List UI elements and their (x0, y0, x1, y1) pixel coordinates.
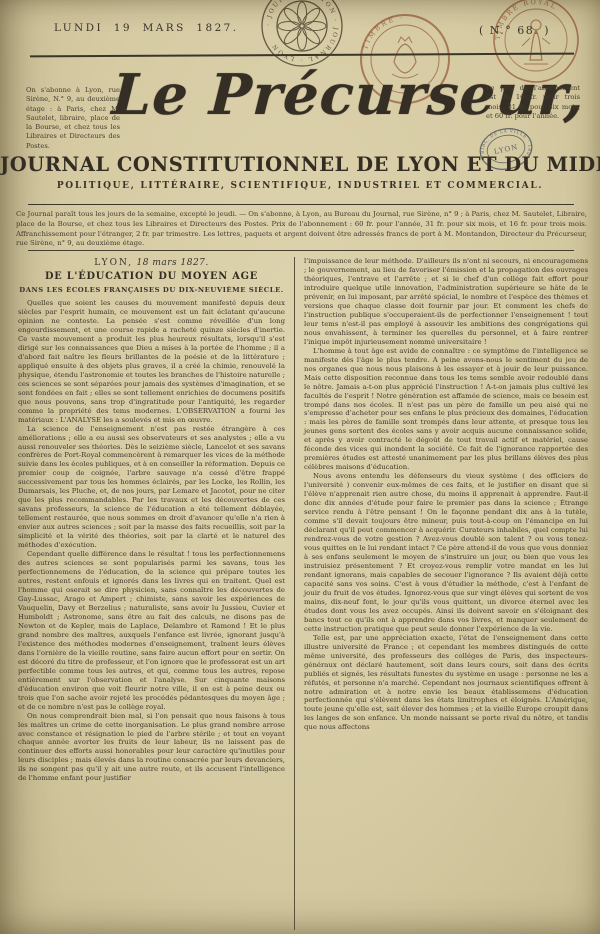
masthead-title: Le Précurseur, (110, 62, 489, 128)
article-paragraph: La science de l'enseignement n'est pas r… (18, 425, 285, 551)
article-paragraph: l'impuissance de leur méthode. D'ailleur… (304, 257, 588, 347)
article-paragraph: On nous comprendrait bien mal, si l'on p… (18, 712, 285, 784)
dateline-date: 18 mars 1827. (137, 258, 209, 268)
journal-title: JOURNAL CONSTITUTIONNEL DE LYON ET DU MI… (0, 153, 600, 176)
masthead: On s'abonne à Lyon, rue Sirène, N.° 9, a… (0, 64, 600, 156)
article-heading: DE L'ÉDUCATION DU MOYEN AGE (18, 271, 285, 282)
article-paragraph: Quelles que soient les causes du mouveme… (18, 299, 285, 425)
column-right: l'impuissance de leur méthode. D'ailleur… (294, 257, 588, 930)
issue-date: LUNDI 19 MARS 1827. (54, 22, 238, 34)
dateline-place: LYON, (94, 258, 133, 268)
price-note: Le prix de l'abonnement est de 16 fr. po… (486, 84, 580, 121)
article-columns: LYON, 18 mars 1827. DE L'ÉDUCATION DU MO… (18, 257, 588, 930)
top-rule (30, 53, 574, 58)
article-paragraph: Nous avons entendu les défenseurs du vie… (304, 472, 588, 633)
divider-rule (28, 204, 574, 205)
journal-subtitle: POLITIQUE, LITTÉRAIRE, SCIENTIFIQUE, IND… (0, 181, 600, 191)
article-subheading: DANS LES ÉCOLES FRANÇAISES DU DIX-NEUVIÈ… (18, 286, 285, 294)
article-paragraph: Cependant quelle différence dans le résu… (18, 550, 285, 711)
header-row: LUNDI 19 MARS 1827. ( N.° 68. ) (0, 22, 600, 38)
newspaper-page: · JOURNAL · LYON · JOURNAL · LYON · TIMB… (0, 0, 600, 934)
publication-fine-print: Ce Journal paraît tous les jours de la s… (16, 210, 587, 249)
article-paragraph: Telle est, par une appréciation exacte, … (304, 634, 588, 733)
issue-number: ( N.° 68. ) (479, 24, 550, 37)
article-paragraph: L'homme à tout âge est avide de connaîtr… (304, 347, 588, 473)
article-dateline: LYON, 18 mars 1827. (18, 258, 285, 268)
subscription-note: On s'abonne à Lyon, rue Sirène, N.° 9, a… (26, 86, 120, 151)
divider-rule (28, 250, 574, 251)
column-left: LYON, 18 mars 1827. DE L'ÉDUCATION DU MO… (18, 257, 294, 930)
